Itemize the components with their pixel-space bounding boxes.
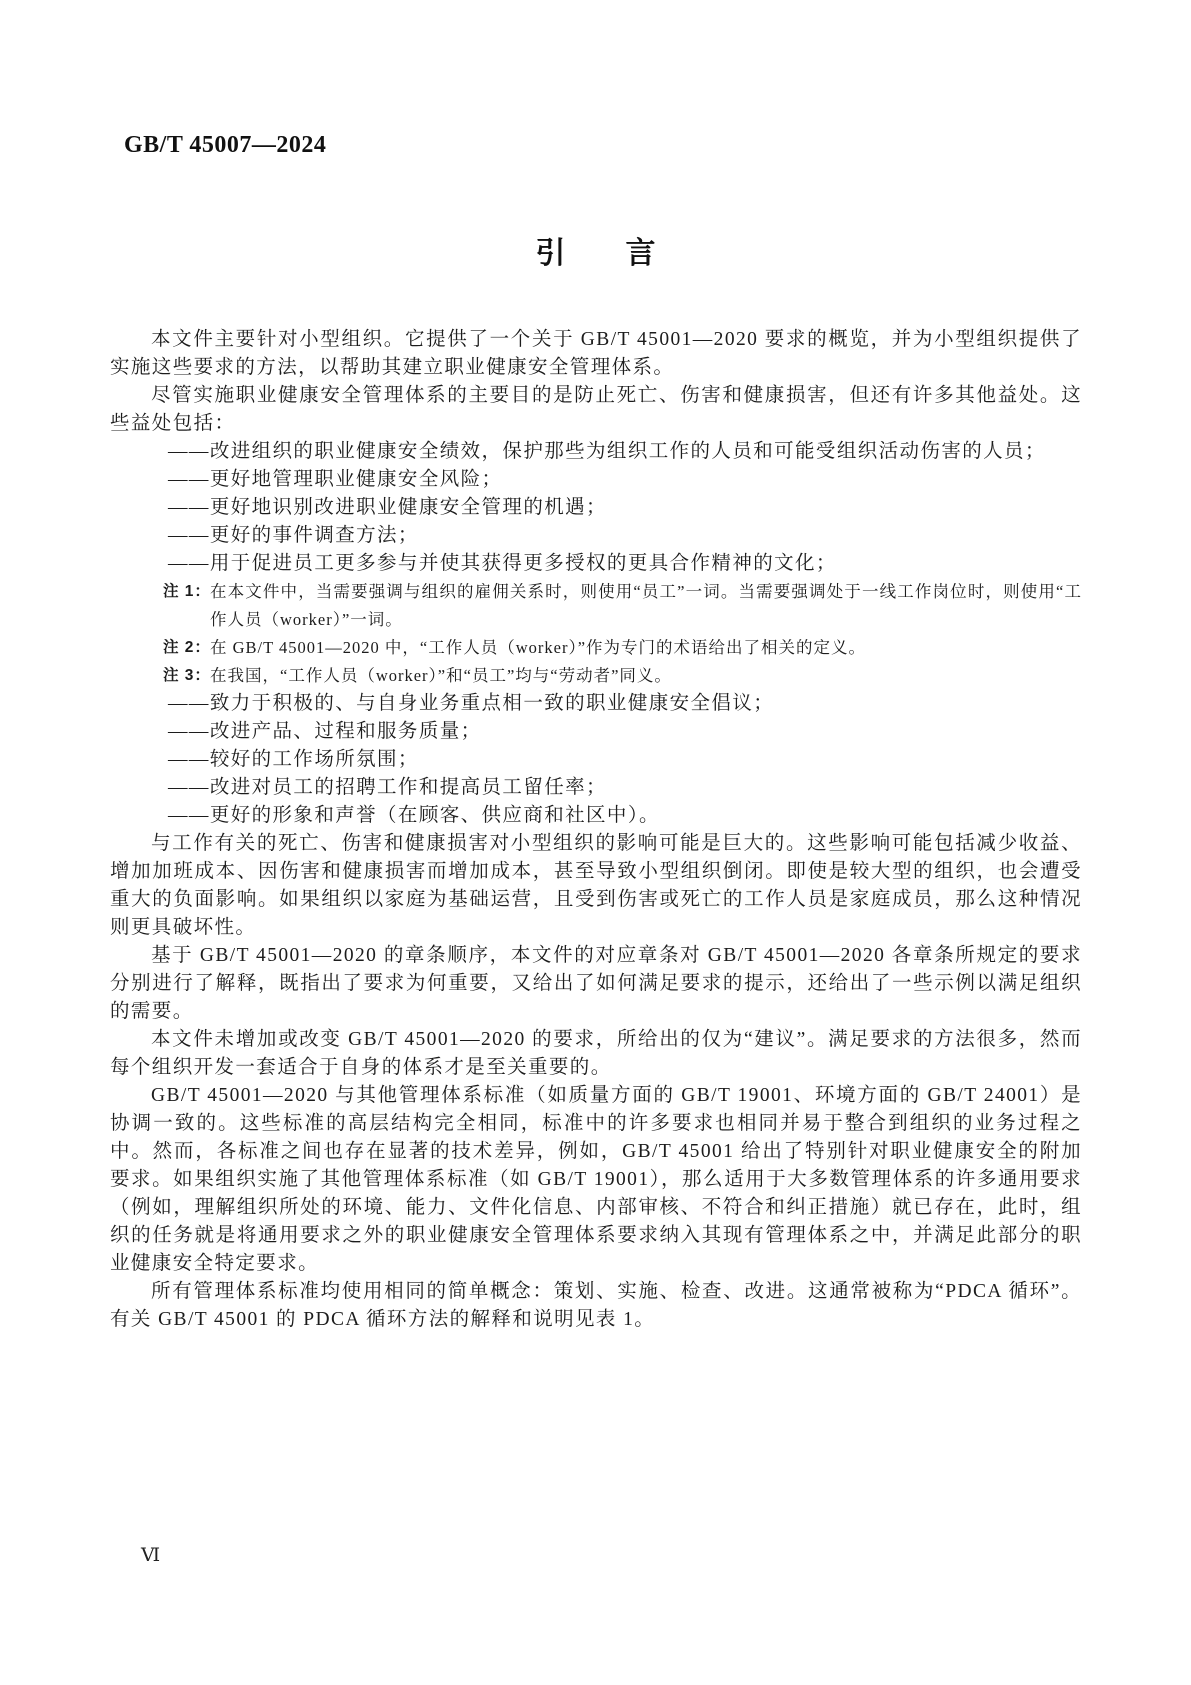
- note-text: 在 GB/T 45001—2020 中，“工作人员（worker）”作为专门的术…: [210, 638, 866, 657]
- note-text: 在本文件中，当需要强调与组织的雇佣关系时，则使用“员工”一词。当需要强调处于一线…: [210, 582, 1082, 629]
- benefit-text: 更好的事件调查方法；: [210, 525, 419, 546]
- note-label: 注 2：: [163, 634, 211, 662]
- benefit-text: 更好的形象和声誉（在顾客、供应商和社区中）。: [210, 805, 660, 826]
- note-label: 注 3：: [163, 662, 211, 690]
- benefit-item: ——改进组织的职业健康安全绩效，保护那些为组织工作的人员和可能受组织活动伤害的人…: [110, 438, 1082, 466]
- benefit-item: ——改进对员工的招聘工作和提高员工留任率；: [110, 774, 1082, 802]
- benefit-text: 更好地管理职业健康安全风险；: [210, 469, 503, 490]
- benefit-item: ——更好地管理职业健康安全风险；: [110, 466, 1082, 494]
- benefit-text: 更好地识别改进职业健康安全管理的机遇；: [210, 497, 607, 518]
- page-number: Ⅵ: [141, 1544, 160, 1567]
- benefit-text: 改进产品、过程和服务质量；: [210, 721, 482, 742]
- benefit-item: ——较好的工作场所氛围；: [110, 746, 1082, 774]
- dash-prefix: ——: [168, 749, 210, 770]
- dash-prefix: ——: [168, 469, 210, 490]
- note-text: 在我国，“工作人员（worker）”和“员工”均与“劳动者”同义。: [210, 666, 672, 685]
- benefit-item: ——更好的事件调查方法；: [110, 522, 1082, 550]
- paragraph-impact: 与工作有关的死亡、伤害和健康损害对小型组织的影响可能是巨大的。这些影响可能包括减…: [110, 830, 1082, 942]
- dash-prefix: ——: [168, 553, 210, 574]
- benefit-item: ——致力于积极的、与自身业务重点相一致的职业健康安全倡议；: [110, 690, 1082, 718]
- document-body: 本文件主要针对小型组织。它提供了一个关于 GB/T 45001—2020 要求的…: [110, 326, 1082, 1334]
- paragraph-advice: 本文件未增加或改变 GB/T 45001—2020 的要求，所给出的仅为“建议”…: [110, 1026, 1082, 1082]
- benefit-text: 致力于积极的、与自身业务重点相一致的职业健康安全倡议；: [210, 693, 774, 714]
- dash-prefix: ——: [168, 693, 210, 714]
- benefit-item: ——更好地识别改进职业健康安全管理的机遇；: [110, 494, 1082, 522]
- benefit-item: ——改进产品、过程和服务质量；: [110, 718, 1082, 746]
- dash-prefix: ——: [168, 497, 210, 518]
- document-page: GB/T 45007—2024 引 言 本文件主要针对小型组织。它提供了一个关于…: [0, 0, 1191, 1685]
- benefit-text: 改进对员工的招聘工作和提高员工留任率；: [210, 777, 607, 798]
- note-1: 注 1：在本文件中，当需要强调与组织的雇佣关系时，则使用“员工”一词。当需要强调…: [110, 578, 1082, 634]
- dash-prefix: ——: [168, 777, 210, 798]
- benefit-item: ——用于促进员工更多参与并使其获得更多授权的更具合作精神的文化；: [110, 550, 1082, 578]
- paragraph-pdca: 所有管理体系标准均使用相同的简单概念：策划、实施、检查、改进。这通常被称为“PD…: [110, 1278, 1082, 1334]
- benefit-text: 较好的工作场所氛围；: [210, 749, 419, 770]
- paragraph-intro-1: 本文件主要针对小型组织。它提供了一个关于 GB/T 45001—2020 要求的…: [110, 326, 1082, 382]
- page-title: 引 言: [0, 228, 1191, 272]
- paragraph-structure: 基于 GB/T 45001—2020 的章条顺序，本文件的对应章条对 GB/T …: [110, 942, 1082, 1026]
- dash-prefix: ——: [168, 441, 210, 462]
- paragraph-other-standards: GB/T 45001—2020 与其他管理体系标准（如质量方面的 GB/T 19…: [110, 1082, 1082, 1278]
- benefit-text: 用于促进员工更多参与并使其获得更多授权的更具合作精神的文化；: [210, 553, 837, 574]
- note-2: 注 2：在 GB/T 45001—2020 中，“工作人员（worker）”作为…: [110, 634, 1082, 662]
- note-3: 注 3：在我国，“工作人员（worker）”和“员工”均与“劳动者”同义。: [110, 662, 1082, 690]
- dash-prefix: ——: [168, 805, 210, 826]
- dash-prefix: ——: [168, 525, 210, 546]
- standard-code: GB/T 45007—2024: [124, 132, 326, 159]
- benefit-item: ——更好的形象和声誉（在顾客、供应商和社区中）。: [110, 802, 1082, 830]
- benefit-text: 改进组织的职业健康安全绩效，保护那些为组织工作的人员和可能受组织活动伤害的人员；: [210, 441, 1046, 462]
- dash-prefix: ——: [168, 721, 210, 742]
- note-label: 注 1：: [163, 578, 211, 606]
- paragraph-intro-2: 尽管实施职业健康安全管理体系的主要目的是防止死亡、伤害和健康损害，但还有许多其他…: [110, 382, 1082, 438]
